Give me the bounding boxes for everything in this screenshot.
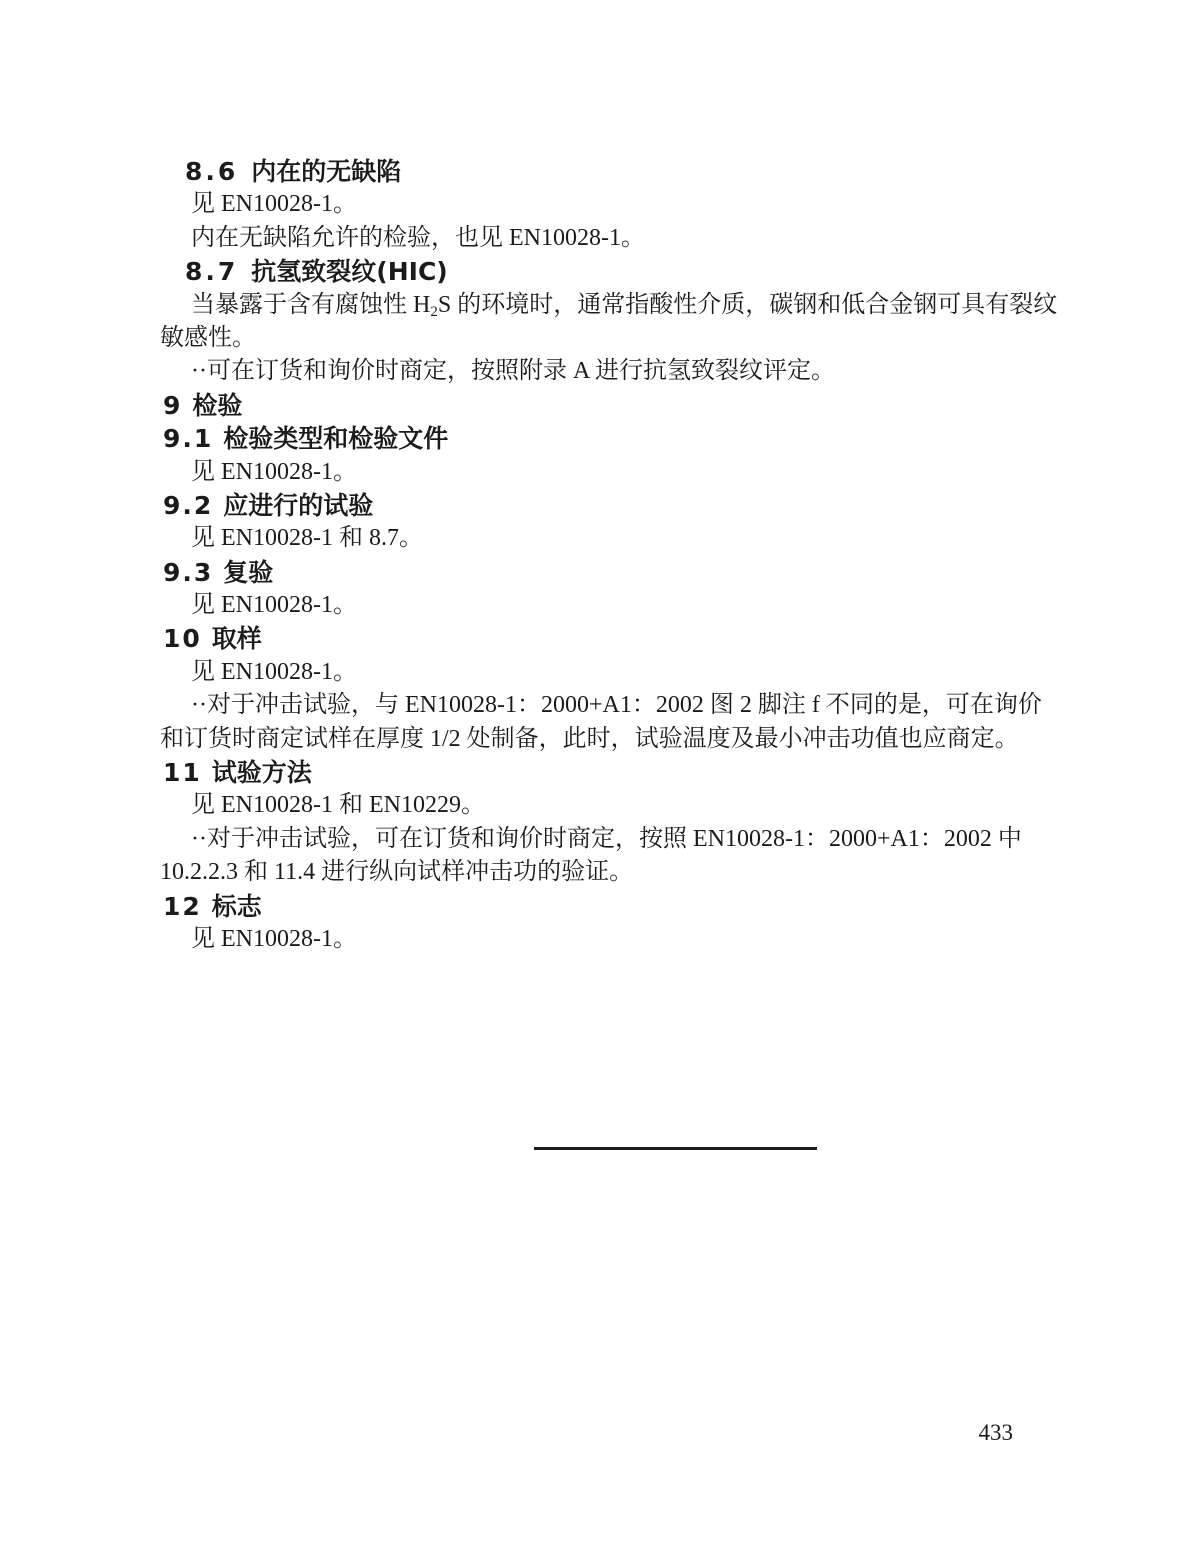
heading-title: 标志 [212,892,262,921]
paragraph-line: ··可在订货和询价时商定，按照附录 A 进行抗氢致裂纹评定。 [160,355,1013,388]
paragraph-text: 当暴露于含有腐蚀性 H [191,292,430,318]
heading-title: 复验 [223,558,273,587]
paragraph-line: 当暴露于含有腐蚀性 H2S 的环境时，通常指酸性介质，碳钢和低合金钢可具有裂纹 [160,289,1013,322]
heading-10: 10取样 [160,622,1013,655]
heading-number: 9.1 [163,424,213,453]
heading-8-7: 8.7抗氢致裂纹(HIC) [160,255,1013,288]
paragraph-line: 见 EN10028-1。 [160,923,1013,956]
paragraph-text: S 的环境时，通常指酸性介质，碳钢和低合金钢可具有裂纹 [438,292,1057,318]
paragraph-line: 见 EN10028-1。 [160,589,1013,622]
heading-number: 8.7 [185,257,238,286]
paragraph-line: 见 EN10028-1 和 EN10229。 [160,789,1013,822]
heading-title: 取样 [212,624,262,653]
heading-title: 抗氢致裂纹(HIC) [251,257,447,286]
paragraph-line: 敏感性。 [160,322,1013,355]
heading-9: 9检验 [160,389,1013,422]
heading-title: 检验 [192,391,242,420]
heading-12: 12标志 [160,890,1013,923]
paragraph-line: 10.2.2.3 和 11.4 进行纵向试样冲击功的验证。 [160,856,1013,889]
heading-title: 检验类型和检验文件 [223,424,448,453]
paragraph-line: 见 EN10028-1。 [160,456,1013,489]
heading-number: 9.3 [163,558,213,587]
paragraph-line: ··对于冲击试验，与 EN10028-1：2000+A1：2002 图 2 脚注… [160,689,1013,722]
document-content: 8.6内在的无缺陷 见 EN10028-1。 内在无缺陷允许的检验，也见 EN1… [160,155,1013,956]
heading-9-1: 9.1检验类型和检验文件 [160,422,1013,455]
paragraph-line: ··对于冲击试验，可在订货和询价时商定，按照 EN10028-1：2000+A1… [160,823,1013,856]
heading-title: 内在的无缺陷 [251,157,401,186]
h2s-subscript: 2 [430,304,438,320]
heading-8-6: 8.6内在的无缺陷 [160,155,1013,188]
heading-9-2: 9.2应进行的试验 [160,489,1013,522]
heading-title: 试验方法 [212,758,312,787]
heading-number: 12 [163,892,202,921]
paragraph-line: 内在无缺陷允许的检验，也见 EN10028-1。 [160,222,1013,255]
paragraph-line: 见 EN10028-1 和 8.7。 [160,522,1013,555]
document-page: 8.6内在的无缺陷 见 EN10028-1。 内在无缺陷允许的检验，也见 EN1… [0,0,1200,1548]
heading-number: 9.2 [163,491,213,520]
paragraph-line: 见 EN10028-1。 [160,656,1013,689]
page-number: 433 [160,1419,1013,1447]
heading-number: 9 [163,391,182,420]
heading-9-3: 9.3复验 [160,556,1013,589]
heading-number: 10 [163,624,202,653]
heading-title: 应进行的试验 [223,491,373,520]
paragraph-line: 和订货时商定试样在厚度 1/2 处制备，此时，试验温度及最小冲击功值也应商定。 [160,723,1013,756]
footer-divider-line [534,1147,817,1150]
heading-11: 11试验方法 [160,756,1013,789]
heading-number: 8.6 [185,157,238,186]
heading-number: 11 [163,758,202,787]
paragraph-line: 见 EN10028-1。 [160,188,1013,221]
